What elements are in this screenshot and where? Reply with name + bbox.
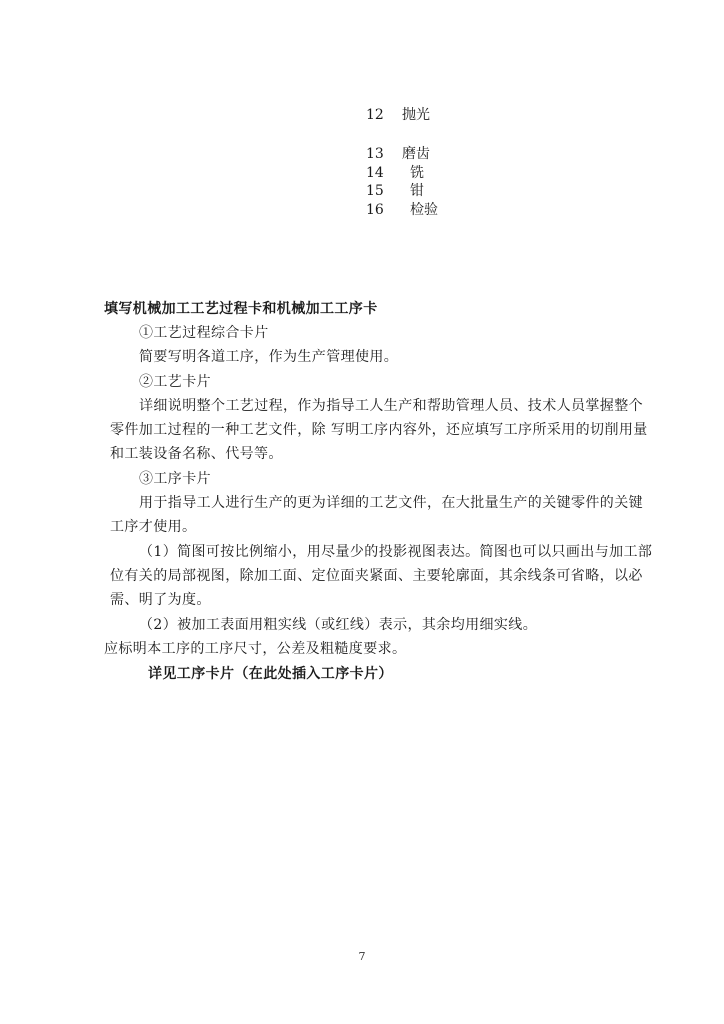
section-heading: 填写机械加工工艺过程卡和机械加工工序卡 bbox=[104, 300, 378, 318]
note2: （2）被加工表面用粗实线（或红线）表示，其余均用细实线。 bbox=[139, 616, 537, 634]
process-number: 12 bbox=[366, 106, 402, 124]
card2-description-line: 详细说明整个工艺过程，作为指导工人生产和帮助管理人员、技术人员掌握整个 bbox=[139, 397, 643, 415]
process-item: 12抛光 bbox=[366, 106, 430, 124]
process-number: 16 bbox=[366, 201, 402, 219]
process-number: 13 bbox=[366, 145, 402, 163]
card3-description-line: 用于指导工人进行生产的更为详细的工艺文件，在大批量生产的关键零件的关键 bbox=[139, 494, 643, 512]
card1-description: 简要写明各道工序，作为生产管理使用。 bbox=[139, 348, 398, 366]
page-number: 7 bbox=[0, 950, 724, 963]
process-name: 检验 bbox=[402, 201, 438, 219]
card2-title: ②工艺卡片 bbox=[139, 373, 211, 391]
process-number: 14 bbox=[366, 164, 402, 182]
card3-description-line: 工序才使用。 bbox=[110, 518, 196, 536]
process-name: 钳 bbox=[402, 182, 424, 200]
card2-description-line: 零件加工过程的一种工艺文件，除 写明工序内容外，还应填写工序所采用的切削用量 bbox=[110, 421, 648, 439]
card2-description-line: 和工装设备名称、代号等。 bbox=[110, 445, 283, 463]
card1-title: ①工艺过程综合卡片 bbox=[139, 324, 269, 342]
process-name: 磨齿 bbox=[402, 145, 430, 163]
process-item: 15钳 bbox=[366, 182, 424, 200]
note1-line: 需、明了为度。 bbox=[110, 591, 211, 609]
process-item: 14铣 bbox=[366, 164, 424, 182]
process-item: 13磨齿 bbox=[366, 145, 430, 163]
note1-line: （1）简图可按比例缩小，用尽量少的投影视图表达。简图也可以只画出与加工部 bbox=[139, 543, 652, 561]
process-name: 抛光 bbox=[402, 106, 430, 124]
process-name: 铣 bbox=[402, 164, 424, 182]
note1-line: 位有关的局部视图，除加工面、定位面夹紧面、主要轮廓面，其余线条可省略，以必 bbox=[110, 567, 643, 585]
document-page: 12抛光 13磨齿 14铣 15钳 16检验 填写机械加工工艺过程卡和机械加工工… bbox=[0, 0, 724, 1024]
requirement-text: 应标明本工序的工序尺寸，公差及粗糙度要求。 bbox=[104, 640, 406, 658]
process-number: 15 bbox=[366, 182, 402, 200]
process-item: 16检验 bbox=[366, 201, 438, 219]
card3-title: ③工序卡片 bbox=[139, 470, 211, 488]
see-process-card-note: 详见工序卡片（在此处插入工序卡片） bbox=[148, 665, 393, 683]
